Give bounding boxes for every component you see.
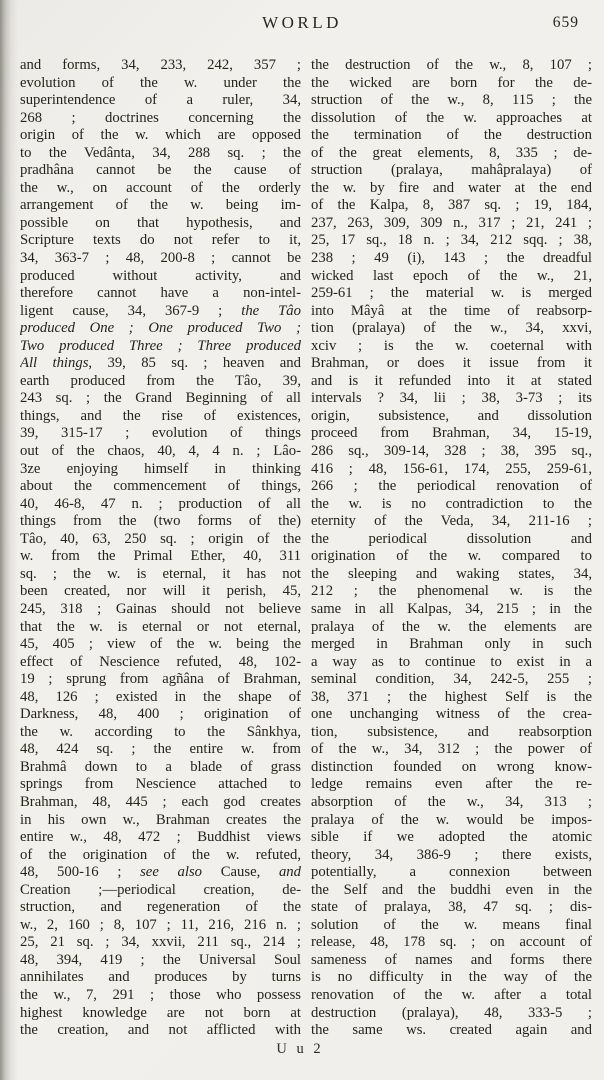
text-run: the w. according to the Sânkhya,: [20, 724, 301, 740]
text-run: earth produced from the Tâo, 39,: [20, 373, 301, 389]
text-run: to the Vedânta, 34, 288 sq. ; the: [20, 145, 301, 161]
text-line: tion, subsistence, and reabsorption: [311, 724, 592, 742]
text-run: 3ze enjoying himself in thinking: [20, 461, 301, 477]
text-run: xciv ; is the w. coeternal with: [311, 338, 592, 354]
text-line: w., 2, 160 ; 8, 107 ; 11, 216, 216 n. ;: [20, 917, 301, 935]
text-run: origin, subsistence, and dissolution: [311, 408, 592, 424]
text-line: 238 ; 49 (i), 143 ; the dreadful: [311, 250, 592, 268]
text-run: ledge remains even after the re-: [311, 776, 592, 792]
text-run: 245, 318 ; Gainas should not believe: [20, 601, 301, 617]
text-run: Scripture texts do not refer to it,: [20, 232, 301, 248]
text-run: produced without activity, and: [20, 268, 301, 284]
text-line: theory, 34, 386-9 ; there exists,: [311, 847, 592, 865]
italic-text-run: All things: [20, 355, 88, 371]
text-run: the wicked are born for the de-: [311, 75, 592, 91]
text-run: the same ws. created again and: [311, 1022, 592, 1038]
text-line: proceed from Brahman, 34, 15-19,: [311, 425, 592, 443]
text-run: the w., 7, 291 ; those who possess: [20, 987, 301, 1003]
text-line: of the Kalpa, 8, 387 sq. ; 19, 184,: [311, 197, 592, 215]
text-line: one unchanging witness of the crea-: [311, 706, 592, 724]
text-line: Brahman, or does it issue from it: [311, 355, 592, 373]
text-line: the sleeping and waking states, 34,: [311, 566, 592, 584]
text-line: into Mâyâ at the time of reabsorp-: [311, 303, 592, 321]
text-line: renovation of the w. after a total: [311, 987, 592, 1005]
text-line: Darkness, 48, 400 ; origination of: [20, 706, 301, 724]
text-line: produced without activity, and: [20, 268, 301, 286]
text-line: struction of the w., 8, 115 ; the: [311, 92, 592, 110]
text-line: release, 48, 178 sq. ; on account of: [311, 934, 592, 952]
text-columns: and forms, 34, 233, 242, 357 ;evolution …: [20, 57, 592, 1040]
text-run: origin of the w. which are opposed: [20, 127, 301, 143]
text-run: and is it refunded into it at stated: [311, 373, 592, 389]
text-run: the periodical dissolution and: [311, 531, 592, 547]
text-run: of the w., 34, 312 ; the power of: [311, 741, 592, 757]
column-left: and forms, 34, 233, 242, 357 ;evolution …: [20, 57, 301, 1040]
text-run: seminal condition, 34, 242-5, 255 ;: [311, 671, 592, 687]
text-run: 48, 424 sq. ; the entire w. from: [20, 741, 301, 757]
left-edge-shadow: [0, 0, 18, 1080]
text-run: merged in Brahman only in such: [311, 636, 592, 652]
text-line: 38, 371 ; the highest Self is the: [311, 689, 592, 707]
text-line: in his own w., Brahman creates the: [20, 812, 301, 830]
text-run: eternity of the Veda, 34, 211-16 ;: [311, 513, 592, 529]
text-line: origin, subsistence, and dissolution: [311, 408, 592, 426]
page-header: WORLD 659: [0, 13, 604, 37]
text-run: 19 ; sprung from agñâna of Brahman,: [20, 671, 301, 687]
text-run: 40, 46-8, 47 n. ; production of all: [20, 496, 301, 512]
text-line: the wicked are born for the de-: [311, 75, 592, 93]
text-run: and forms, 34, 233, 242, 357 ;: [20, 57, 301, 73]
text-line: ledge remains even after the re-: [311, 776, 592, 794]
page-number: 659: [553, 14, 579, 32]
text-run: one unchanging witness of the crea-: [311, 706, 592, 722]
text-line: possible on that hypothesis, and: [20, 215, 301, 233]
text-run: pralaya of the w. the elements are: [311, 619, 592, 635]
text-run: a way as to continue to exist in a: [311, 654, 592, 670]
text-line: annihilates and produces by turns: [20, 969, 301, 987]
text-line: potentially, a connexion between: [311, 864, 592, 882]
text-line: xciv ; is the w. coeternal with: [311, 338, 592, 356]
text-run: origination of the w. compared to: [311, 548, 592, 564]
text-run: about the commencement of things,: [20, 478, 301, 494]
text-run: renovation of the w. after a total: [311, 987, 592, 1003]
text-line: the same ws. created again and: [311, 1022, 592, 1040]
text-line: 243 sq. ; the Grand Beginning of all: [20, 390, 301, 408]
text-line: origin of the w. which are opposed: [20, 127, 301, 145]
text-run: sameness of names and forms there: [311, 952, 592, 968]
text-run: 286 sq., 309-14, 328 ; 38, 395 sq.,: [311, 443, 592, 459]
text-run: dissolution of the w. approaches at: [311, 110, 592, 126]
text-line: that the w. is eternal or not eternal,: [20, 619, 301, 637]
text-run: therefore cannot have a non-intel-: [20, 285, 301, 301]
text-run: release, 48, 178 sq. ; on account of: [311, 934, 592, 950]
text-run: Brahman, or does it issue from it: [311, 355, 592, 371]
text-line: is no difficulty in the way of the: [311, 969, 592, 987]
text-line: 25, 21 sq. ; 34, xxvii, 211 sq., 214 ;: [20, 934, 301, 952]
text-line: produced One ; One produced Two ;: [20, 320, 301, 338]
text-line: 259-61 ; the material w. is merged: [311, 285, 592, 303]
text-run: of the great elements, 8, 335 ; de-: [311, 145, 592, 161]
text-line: springs from Nescience attached to: [20, 776, 301, 794]
text-run: the creation, and not afflicted with: [20, 1022, 301, 1038]
text-line: seminal condition, 34, 242-5, 255 ;: [311, 671, 592, 689]
text-run: superintendence of a ruler, 34,: [20, 92, 301, 108]
text-line: solution of the w. means final: [311, 917, 592, 935]
text-line: Tâo, 40, 63, 250 sq. ; origin of the: [20, 531, 301, 549]
text-line: 245, 318 ; Gainas should not believe: [20, 601, 301, 619]
text-run: sible if we adopted the atomic: [311, 829, 592, 845]
text-run: destruction (pralaya), 48, 333-5 ;: [311, 1005, 592, 1021]
italic-text-run: see also: [140, 864, 202, 880]
text-run: pralaya of the w. would be impos-: [311, 812, 592, 828]
text-line: 48, 394, 419 ; the Universal Soul: [20, 952, 301, 970]
text-line: 19 ; sprung from agñâna of Brahman,: [20, 671, 301, 689]
italic-text-run: the Tâo: [241, 303, 301, 319]
text-run: struction, and regeneration of the: [20, 899, 301, 915]
text-line: the Self and the buddhi even in the: [311, 882, 592, 900]
text-line: sible if we adopted the atomic: [311, 829, 592, 847]
column-right: the destruction of the w., 8, 107 ;the w…: [311, 57, 592, 1040]
text-line: 34, 363-7 ; 48, 200-8 ; cannot be: [20, 250, 301, 268]
text-run: distinction founded on wrong know-: [311, 759, 592, 775]
text-line: 212 ; the phenomenal w. is the: [311, 583, 592, 601]
book-page: WORLD 659 and forms, 34, 233, 242, 357 ;…: [0, 0, 604, 1080]
italic-text-run: and: [279, 864, 301, 880]
text-run: 45, 405 ; view of the w. being the: [20, 636, 301, 652]
text-run: 259-61 ; the material w. is merged: [311, 285, 592, 301]
text-run: 237, 263, 309, 309 n., 317 ; 21, 241 ;: [311, 215, 592, 231]
text-line: 48, 126 ; existed in the shape of: [20, 689, 301, 707]
text-run: pradhâna cannot be the cause of: [20, 162, 301, 178]
text-run: Cause,: [202, 864, 279, 880]
text-line: destruction (pralaya), 48, 333-5 ;: [311, 1005, 592, 1023]
text-run: the termination of the destruction: [311, 127, 592, 143]
text-run: of the origination of the w. refuted,: [20, 847, 301, 863]
text-run: 268 ; doctrines concerning the: [20, 110, 301, 126]
text-line: a way as to continue to exist in a: [311, 654, 592, 672]
text-line: of the great elements, 8, 335 ; de-: [311, 145, 592, 163]
text-run: struction (pralaya, mahâpralaya) of: [311, 162, 592, 178]
text-line: ligent cause, 34, 367-9 ; the Tâo: [20, 303, 301, 321]
text-run: out of the chaos, 40, 4, 4 n. ; Lâo-: [20, 443, 301, 459]
text-run: that the w. is eternal or not eternal,: [20, 619, 301, 635]
text-run: annihilates and produces by turns: [20, 969, 301, 985]
text-line: Two produced Three ; Three produced: [20, 338, 301, 356]
text-run: springs from Nescience attached to: [20, 776, 301, 792]
text-line: the destruction of the w., 8, 107 ;: [311, 57, 592, 75]
text-run: tion (pralaya) of the w., 34, xxvi,: [311, 320, 592, 336]
text-run: ligent cause, 34, 367-9 ;: [20, 303, 241, 319]
text-line: the w. according to the Sânkhya,: [20, 724, 301, 742]
text-line: distinction founded on wrong know-: [311, 759, 592, 777]
text-line: entire w., 48, 472 ; Buddhist views: [20, 829, 301, 847]
text-run: w., 2, 160 ; 8, 107 ; 11, 216, 216 n. ;: [20, 917, 301, 933]
text-line: 40, 46-8, 47 n. ; production of all: [20, 496, 301, 514]
text-line: struction (pralaya, mahâpralaya) of: [311, 162, 592, 180]
text-line: tion (pralaya) of the w., 34, xxvi,: [311, 320, 592, 338]
text-line: 45, 405 ; view of the w. being the: [20, 636, 301, 654]
text-run: evolution of the w. under the: [20, 75, 301, 91]
text-run: things from the (two forms of the): [20, 513, 301, 529]
text-line: 266 ; the periodical renovation of: [311, 478, 592, 496]
text-run: of the Kalpa, 8, 387 sq. ; 19, 184,: [311, 197, 592, 213]
text-line: the termination of the destruction: [311, 127, 592, 145]
text-line: 286 sq., 309-14, 328 ; 38, 395 sq.,: [311, 443, 592, 461]
text-line: out of the chaos, 40, 4, 4 n. ; Lâo-: [20, 443, 301, 461]
text-line: the w., on account of the orderly: [20, 180, 301, 198]
text-line: dissolution of the w. approaches at: [311, 110, 592, 128]
text-run: tion, subsistence, and reabsorption: [311, 724, 592, 740]
text-run: state of pralaya, 38, 47 sq. ; dis-: [311, 899, 592, 915]
text-line: the w. is no contradiction to the: [311, 496, 592, 514]
italic-text-run: produced One ; One produced Two ;: [20, 320, 301, 336]
text-line: effect of Nescience refuted, 48, 102-: [20, 654, 301, 672]
text-run: 243 sq. ; the Grand Beginning of all: [20, 390, 301, 406]
text-line: to the Vedânta, 34, 288 sq. ; the: [20, 145, 301, 163]
text-run: proceed from Brahman, 34, 15-19,: [311, 425, 592, 441]
text-line: 416 ; 48, 156-61, 174, 255, 259-61,: [311, 461, 592, 479]
text-run: sq. ; the w. is eternal, it has not: [20, 566, 301, 582]
text-line: w. from the Primal Ether, 40, 311: [20, 548, 301, 566]
text-line: wicked last epoch of the w., 21,: [311, 268, 592, 286]
text-run: absorption of the w., 34, 313 ;: [311, 794, 592, 810]
text-run: the w., on account of the orderly: [20, 180, 301, 196]
text-line: same in all Kalpas, 34, 215 ; in the: [311, 601, 592, 619]
text-run: struction of the w., 8, 115 ; the: [311, 92, 592, 108]
text-run: 39, 315-17 ; evolution of things: [20, 425, 301, 441]
text-run: Darkness, 48, 400 ; origination of: [20, 706, 301, 722]
text-line: 237, 263, 309, 309 n., 317 ; 21, 241 ;: [311, 215, 592, 233]
text-line: struction, and regeneration of the: [20, 899, 301, 917]
text-line: and is it refunded into it at stated: [311, 373, 592, 391]
text-run: things, and the rise of existences,: [20, 408, 301, 424]
text-line: All things, 39, 85 sq. ; heaven and: [20, 355, 301, 373]
text-line: been created, nor will it perish, 45,: [20, 583, 301, 601]
signature-mark: U u 2: [276, 1041, 323, 1057]
text-run: 266 ; the periodical renovation of: [311, 478, 592, 494]
text-run: been created, nor will it perish, 45,: [20, 583, 301, 599]
text-run: wicked last epoch of the w., 21,: [311, 268, 592, 284]
text-run: w. from the Primal Ether, 40, 311: [20, 548, 301, 564]
text-line: the periodical dissolution and: [311, 531, 592, 549]
text-line: Creation ;—periodical creation, de-: [20, 882, 301, 900]
text-line: of the w., 34, 312 ; the power of: [311, 741, 592, 759]
text-line: eternity of the Veda, 34, 211-16 ;: [311, 513, 592, 531]
text-line: and forms, 34, 233, 242, 357 ;: [20, 57, 301, 75]
text-run: possible on that hypothesis, and: [20, 215, 301, 231]
text-run: highest knowledge are not born at: [20, 1005, 301, 1021]
text-line: pralaya of the w. the elements are: [311, 619, 592, 637]
text-run: the Self and the buddhi even in the: [311, 882, 592, 898]
italic-text-run: Two produced Three ; Three produced: [20, 338, 301, 354]
text-line: therefore cannot have a non-intel-: [20, 285, 301, 303]
text-line: merged in Brahman only in such: [311, 636, 592, 654]
text-line: things, and the rise of existences,: [20, 408, 301, 426]
text-line: Brahman, 48, 445 ; each god creates: [20, 794, 301, 812]
text-run: potentially, a connexion between: [311, 864, 592, 880]
text-run: solution of the w. means final: [311, 917, 592, 933]
text-line: superintendence of a ruler, 34,: [20, 92, 301, 110]
text-line: earth produced from the Tâo, 39,: [20, 373, 301, 391]
text-run: the w. by fire and water at the end: [311, 180, 592, 196]
text-run: arrangement of the w. being im-: [20, 197, 301, 213]
text-line: intervals ? 34, lii ; 38, 3-73 ; its: [311, 390, 592, 408]
text-run: intervals ? 34, lii ; 38, 3-73 ; its: [311, 390, 592, 406]
text-line: state of pralaya, 38, 47 sq. ; dis-: [311, 899, 592, 917]
text-line: of the origination of the w. refuted,: [20, 847, 301, 865]
text-line: the creation, and not afflicted with: [20, 1022, 301, 1040]
text-line: arrangement of the w. being im-: [20, 197, 301, 215]
text-line: origination of the w. compared to: [311, 548, 592, 566]
text-line: sq. ; the w. is eternal, it has not: [20, 566, 301, 584]
text-run: effect of Nescience refuted, 48, 102-: [20, 654, 301, 670]
text-line: 39, 315-17 ; evolution of things: [20, 425, 301, 443]
text-run: 416 ; 48, 156-61, 174, 255, 259-61,: [311, 461, 592, 477]
text-run: Creation ;—periodical creation, de-: [20, 882, 301, 898]
text-line: sameness of names and forms there: [311, 952, 592, 970]
text-line: Scripture texts do not refer to it,: [20, 232, 301, 250]
text-run: 48, 126 ; existed in the shape of: [20, 689, 301, 705]
text-line: evolution of the w. under the: [20, 75, 301, 93]
text-line: 48, 424 sq. ; the entire w. from: [20, 741, 301, 759]
text-line: pradhâna cannot be the cause of: [20, 162, 301, 180]
text-run: Brahmâ down to a blade of grass: [20, 759, 301, 775]
text-run: into Mâyâ at the time of reabsorp-: [311, 303, 592, 319]
text-run: 25, 17 sq., 18 n. ; 34, 212 sqq. ; 38,: [311, 232, 592, 248]
page-footer: U u 2: [14, 1041, 586, 1058]
text-line: 268 ; doctrines concerning the: [20, 110, 301, 128]
text-run: Brahman, 48, 445 ; each god creates: [20, 794, 301, 810]
text-line: the w. by fire and water at the end: [311, 180, 592, 198]
text-run: the sleeping and waking states, 34,: [311, 566, 592, 582]
text-run: 25, 21 sq. ; 34, xxvii, 211 sq., 214 ;: [20, 934, 301, 950]
text-run: 48, 500-16 ;: [20, 864, 140, 880]
text-run: the w. is no contradiction to the: [311, 496, 592, 512]
text-line: pralaya of the w. would be impos-: [311, 812, 592, 830]
text-line: the w., 7, 291 ; those who possess: [20, 987, 301, 1005]
text-line: 48, 500-16 ; see also Cause, and: [20, 864, 301, 882]
text-run: 38, 371 ; the highest Self is the: [311, 689, 592, 705]
text-line: about the commencement of things,: [20, 478, 301, 496]
text-run: is no difficulty in the way of the: [311, 969, 592, 985]
text-line: Brahmâ down to a blade of grass: [20, 759, 301, 777]
text-run: , 39, 85 sq. ; heaven and: [88, 355, 301, 371]
text-run: in his own w., Brahman creates the: [20, 812, 301, 828]
text-line: absorption of the w., 34, 313 ;: [311, 794, 592, 812]
text-run: 238 ; 49 (i), 143 ; the dreadful: [311, 250, 592, 266]
text-run: 34, 363-7 ; 48, 200-8 ; cannot be: [20, 250, 301, 266]
text-run: same in all Kalpas, 34, 215 ; in the: [311, 601, 592, 617]
text-run: entire w., 48, 472 ; Buddhist views: [20, 829, 301, 845]
text-run: 212 ; the phenomenal w. is the: [311, 583, 592, 599]
text-run: Tâo, 40, 63, 250 sq. ; origin of the: [20, 531, 301, 547]
text-run: theory, 34, 386-9 ; there exists,: [311, 847, 592, 863]
page-title: WORLD: [0, 13, 604, 33]
text-line: highest knowledge are not born at: [20, 1005, 301, 1023]
text-line: things from the (two forms of the): [20, 513, 301, 531]
text-run: 48, 394, 419 ; the Universal Soul: [20, 952, 301, 968]
text-line: 25, 17 sq., 18 n. ; 34, 212 sqq. ; 38,: [311, 232, 592, 250]
text-line: 3ze enjoying himself in thinking: [20, 461, 301, 479]
text-run: the destruction of the w., 8, 107 ;: [311, 57, 592, 73]
